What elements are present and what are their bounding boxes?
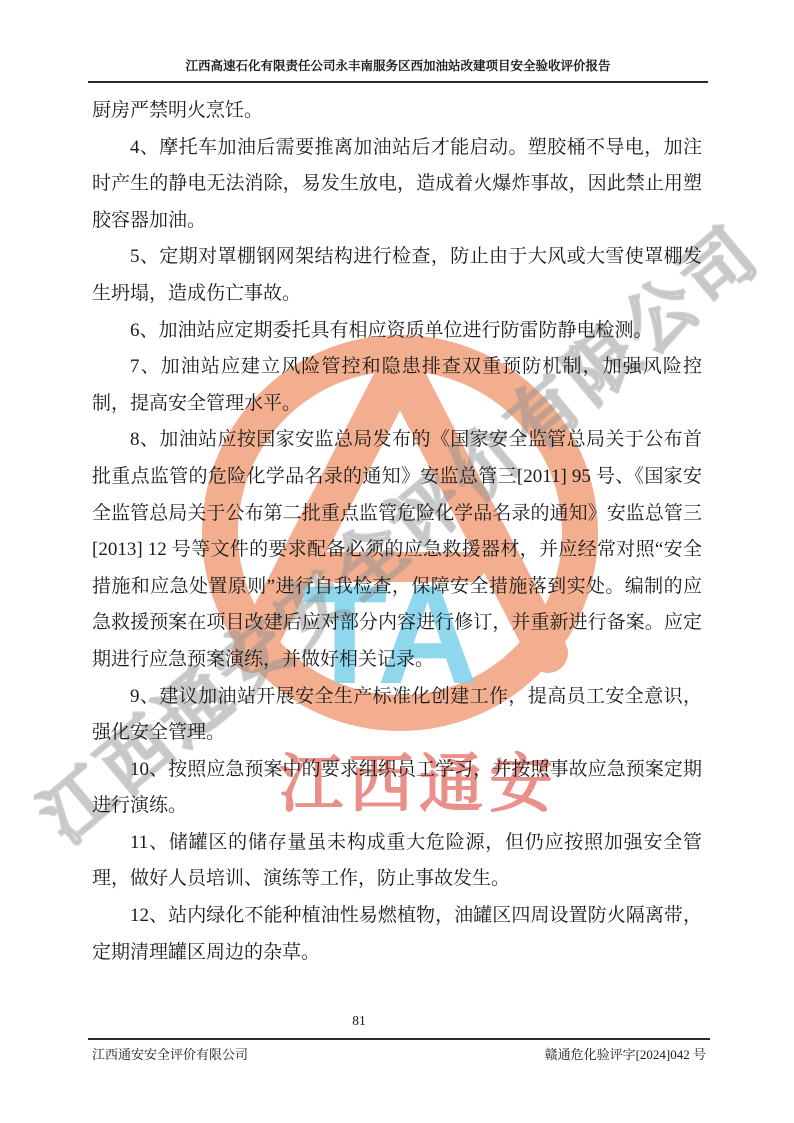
body-paragraphs: 厨房严禁明火烹饪。4、摩托车加油后需要推离加油站后才能启动。塑胶桶不导电，加注时…: [92, 93, 702, 971]
footer-company-name: 江西通安安全评价有限公司: [92, 1044, 248, 1063]
report-title: 江西高速石化有限责任公司永丰南服务区西加油站改建项目安全验收评价报告: [185, 59, 610, 73]
paragraph-10: 12、站内绿化不能种植油性易燃植物，油罐区四周设置防火隔离带，定期清理罐区周边的…: [92, 898, 702, 971]
paragraph-8: 10、按照应急预案中的要求组织员工学习，并按照事故应急预案定期进行演练。: [92, 752, 702, 825]
paragraph-7: 9、建议加油站开展安全生产标准化创建工作，提高员工安全意识，强化安全管理。: [92, 679, 702, 752]
paragraph-9: 11、储罐区的储存量虽未构成重大危险源，但仍应按照加强安全管理，做好人员培训、演…: [92, 825, 702, 898]
page-header: 江西高速石化有限责任公司永丰南服务区西加油站改建项目安全验收评价报告: [88, 56, 708, 83]
paragraph-6: 8、加油站应按国家安监总局发布的《国家安全监管总局关于公布首批重点监管的危险化学…: [92, 422, 702, 678]
page-number: 81: [0, 1013, 718, 1029]
page-content: 江西高速石化有限责任公司永丰南服务区西加油站改建项目安全验收评价报告 厨房严禁明…: [0, 0, 794, 1123]
paragraph-2: 4、摩托车加油后需要推离加油站后才能启动。塑胶桶不导电，加注时产生的静电无法消除…: [92, 130, 702, 240]
paragraph-4: 6、加油站应定期委托具有相应资质单位进行防雷防静电检测。: [92, 313, 702, 350]
document-page: TA 江西通安安全评价有限公司 江西通安 江西高速石化有限责任公司永丰南服务区西…: [0, 0, 794, 1123]
page-footer: 江西通安安全评价有限公司 赣通危化验评字[2024]042 号: [92, 1044, 706, 1063]
footer-doc-number: 赣通危化验评字[2024]042 号: [545, 1044, 706, 1063]
footer-divider: [88, 1038, 710, 1040]
paragraph-1: 厨房严禁明火烹饪。: [92, 93, 702, 130]
paragraph-3: 5、定期对罩棚钢网架结构进行检查，防止由于大风或大雪使罩棚发生坍塌，造成伤亡事故…: [92, 239, 702, 312]
paragraph-5: 7、加油站应建立风险管控和隐患排查双重预防机制，加强风险控制，提高安全管理水平。: [92, 349, 702, 422]
